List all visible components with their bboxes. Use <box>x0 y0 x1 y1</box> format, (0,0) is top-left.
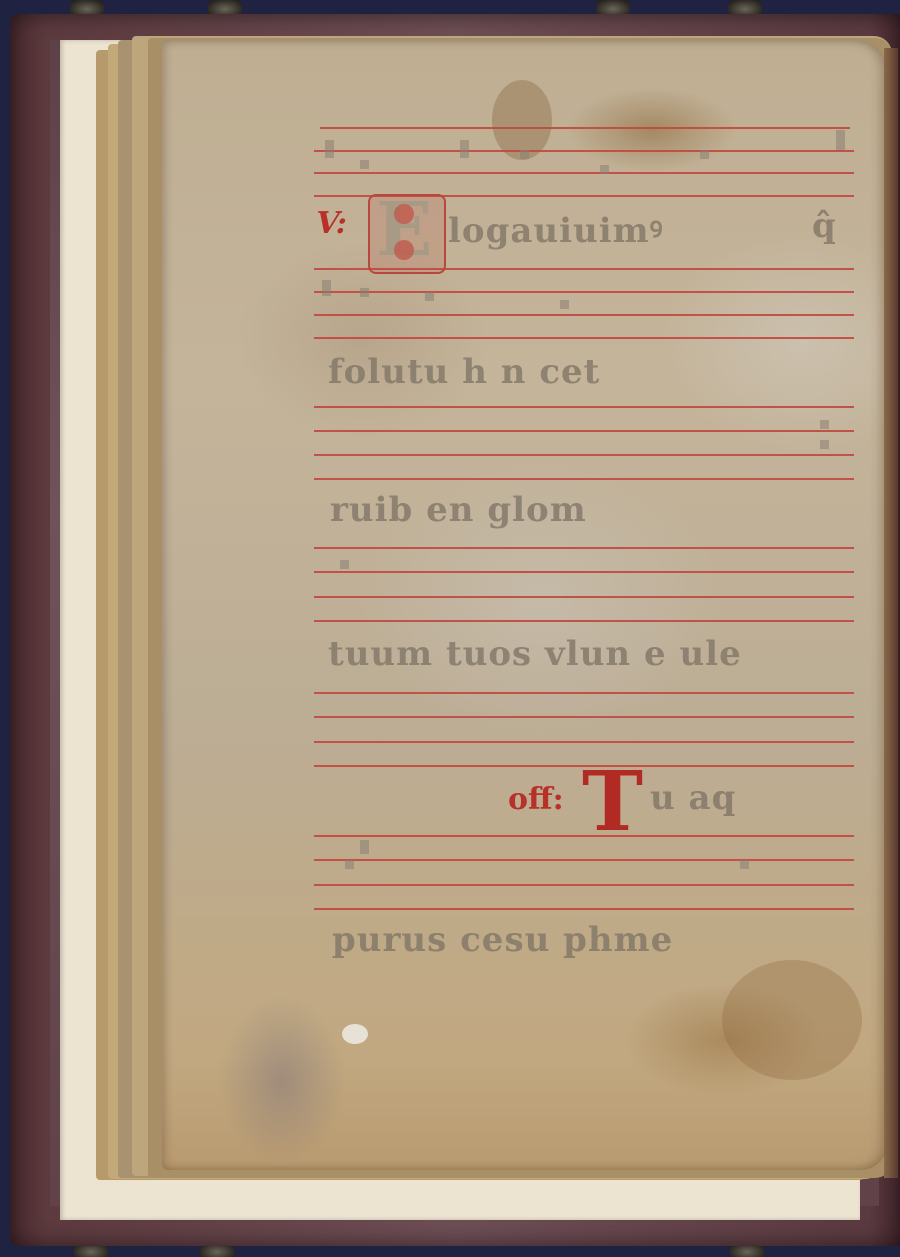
offertory-label: off: <box>508 782 564 817</box>
staff-line <box>314 430 854 432</box>
neume <box>520 150 529 159</box>
neume <box>322 280 331 296</box>
text-line: logauiuimꝰ <box>448 206 664 252</box>
staff-line <box>314 291 854 293</box>
initial-t: T <box>582 762 643 842</box>
staff-line <box>314 406 854 408</box>
staff-line <box>314 859 854 861</box>
water-stain <box>722 960 862 1080</box>
tear-hole <box>342 1024 368 1044</box>
neume <box>820 420 829 429</box>
staff-line <box>314 596 854 598</box>
neume <box>360 160 369 169</box>
text-abbreviation: q̂ <box>812 206 837 246</box>
text-line: ruib en glom <box>330 490 587 530</box>
floral-ornament <box>394 240 414 260</box>
staff-line <box>314 908 854 910</box>
staff-line <box>314 547 854 549</box>
staff-line <box>314 884 854 886</box>
text-line: purus cesu phme <box>332 920 673 960</box>
staff-line <box>320 127 850 129</box>
text-line: tuum tuos vlun e ule <box>328 634 742 674</box>
staff-line <box>314 716 854 718</box>
neume <box>820 440 829 449</box>
staff-line <box>314 571 854 573</box>
staff-line <box>314 337 854 339</box>
staff-line <box>314 150 854 152</box>
water-stain <box>492 80 552 160</box>
neume <box>345 860 354 869</box>
floral-ornament <box>394 204 414 224</box>
staff-line <box>314 454 854 456</box>
neume <box>600 165 609 174</box>
text-line: folutu h n cet <box>328 352 600 392</box>
neume <box>460 140 469 158</box>
staff-line <box>314 692 854 694</box>
neume <box>836 130 845 150</box>
neume <box>360 840 369 854</box>
neume <box>360 288 369 297</box>
neume <box>560 300 569 309</box>
neume <box>700 150 709 159</box>
neume <box>340 560 349 569</box>
book-fore-edge <box>884 48 898 1178</box>
staff-line <box>314 172 854 174</box>
staff-line <box>314 478 854 480</box>
neume <box>425 292 434 301</box>
staff-line <box>314 314 854 316</box>
staff-line <box>314 620 854 622</box>
neume <box>740 860 749 869</box>
decorated-initial-e: E <box>368 194 446 274</box>
staff-line <box>314 741 854 743</box>
neume <box>325 140 334 158</box>
text-line: u aq <box>650 778 736 818</box>
